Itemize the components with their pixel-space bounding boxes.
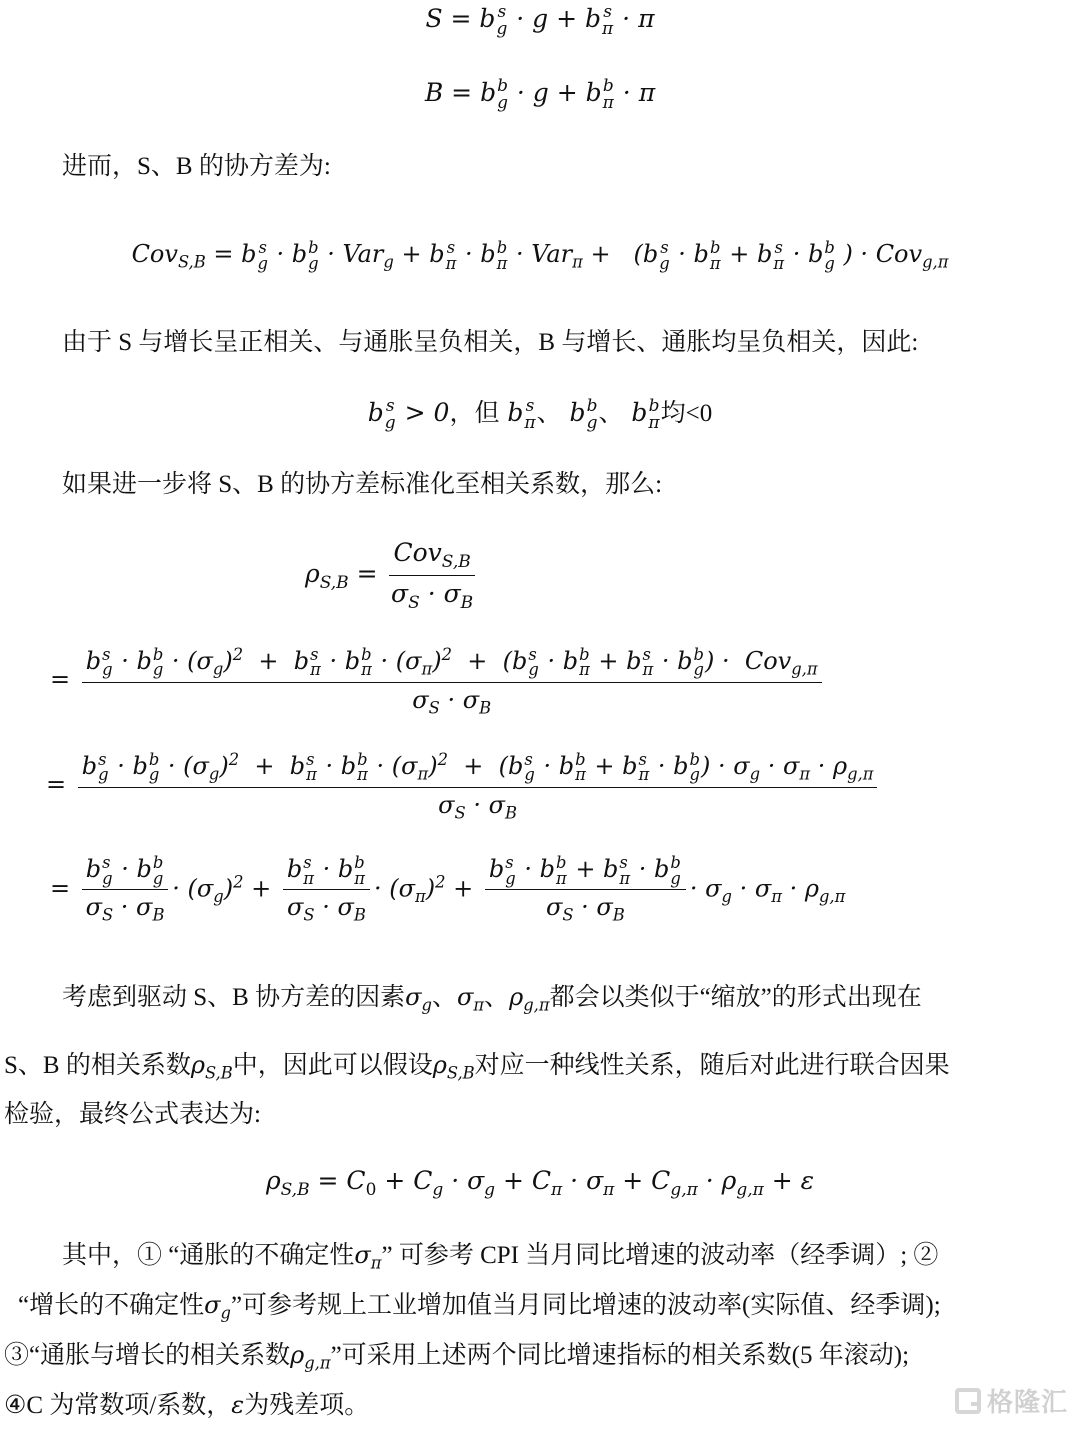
equation-rho-step-1: = bsg · bbg · (σg)2 + bsπ · bbπ · (σπ)2 …	[50, 645, 826, 717]
watermark-text: 格隆汇	[987, 1382, 1068, 1419]
paragraph-covariance-intro: 进而，S、B 的协方差为:	[62, 150, 1080, 184]
paragraph-notes-line-4: ④C 为常数项/系数，ε为残差项。	[4, 1388, 1080, 1423]
equation-rho-step-3: = bsg · bbgσS · σB· (σg)2 + bsπ · bbπσS …	[50, 855, 845, 925]
equation-covariance: CovS,B = bsg · bbg · Varg + bsπ · bbπ · …	[0, 240, 1080, 272]
equation-b: B = bbg · g + bbπ · π	[0, 78, 1080, 111]
paragraph-notes-line-2: “增长的不确定性σg”可参考规上工业增加值当月同比增速的波动率(实际值、经季调)…	[18, 1288, 1080, 1331]
paragraph-correlation-sign: 由于 S 与增长呈正相关、与通胀呈负相关，B 与增长、通胀均呈负相关，因此:	[62, 326, 1080, 360]
watermark-logo: 格隆汇	[955, 1382, 1068, 1419]
equation-sign-inequality: bsg > 0，但 bsπ、 bbg、 bbπ均<0	[0, 393, 1080, 431]
paragraph-notes-line-1: 其中，① “通胀的不确定性σπ” 可参考 CPI 当月同比增速的波动率（经季调）…	[62, 1238, 1080, 1281]
equation-rho-step-2: = bsg · bbg · (σg)2 + bsπ · bbπ · (σπ)2 …	[46, 750, 881, 822]
paragraph-notes-line-3: ③“通胀与增长的相关系数ρg,π”可采用上述两个同比增速指标的相关系数(5 年滚…	[4, 1338, 1080, 1381]
paragraph-standardize: 如果进一步将 S、B 的协方差标准化至相关系数，那么:	[62, 468, 1080, 502]
paragraph-scaling-factors-line-3: 检验，最终公式表达为:	[4, 1098, 1080, 1132]
equation-rho-definition: ρS,B = CovS,BσS · σB	[305, 538, 479, 613]
paragraph-scaling-factors-line-2: S、B 的相关系数ρS,B中，因此可以假设ρS,B对应一种线性关系，随后对此进行…	[4, 1048, 1080, 1091]
gelonghui-logo-icon	[955, 1388, 981, 1414]
equation-s: S = bsg · g + bsπ · π	[0, 4, 1080, 37]
equation-final-regression: ρS,B = C0 + Cg · σg + Cπ · σπ + Cg,π · ρ…	[0, 1166, 1080, 1200]
paragraph-scaling-factors: 考虑到驱动 S、B 协方差的因素σg、σπ、ρg,π都会以类似于“缩放”的形式出…	[62, 980, 1080, 1023]
